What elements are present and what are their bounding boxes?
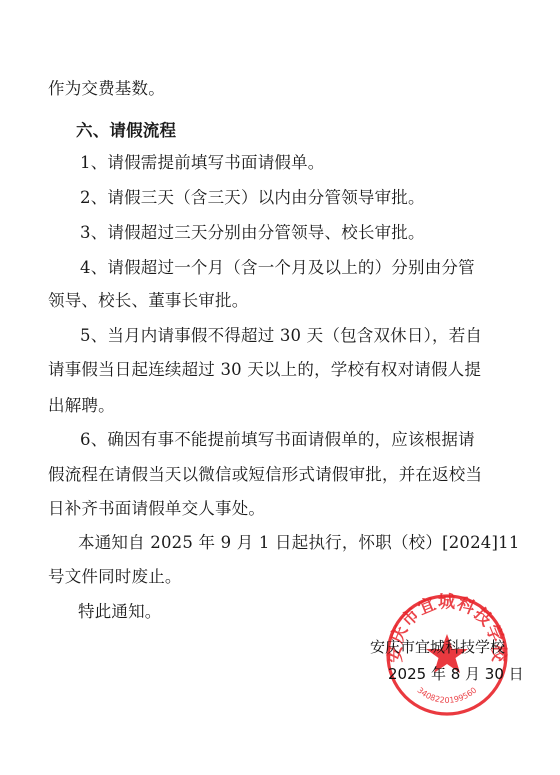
signature-date: 2025 年 8 月 30 日 bbox=[388, 665, 524, 683]
list-item: 4、请假超过一个月（含一个月及以上的）分别由分管 bbox=[80, 258, 475, 278]
list-item: 6、确因有事不能提前填写书面请假单的，应该根据请 bbox=[80, 430, 475, 450]
list-item: 3、请假超过三天分别由分管领导、校长审批。 bbox=[80, 223, 425, 243]
closing-line: 特此通知。 bbox=[78, 602, 162, 622]
section-heading: 六、请假流程 bbox=[76, 121, 176, 141]
signature-organization: 安庆市宜城科技学校 bbox=[370, 638, 505, 656]
list-item-continuation: 假流程在请假当天以微信或短信形式请假审批，并在返校当 bbox=[48, 465, 482, 485]
list-item: 5、当月内请事假不得超过 30 天（包含双休日），若自 bbox=[80, 326, 482, 346]
paragraph-line: 号文件同时废止。 bbox=[48, 567, 182, 587]
list-item: 2、请假三天（含三天）以内由分管领导审批。 bbox=[80, 188, 425, 208]
svg-text:3408220199560: 3408220199560 bbox=[416, 686, 479, 705]
paragraph-line: 作为交费基数。 bbox=[48, 79, 165, 99]
list-item: 1、请假需提前填写书面请假单。 bbox=[80, 153, 325, 173]
list-item-continuation: 日补齐书面请假单交人事处。 bbox=[48, 499, 265, 519]
list-item-continuation: 领导、校长、董事长审批。 bbox=[48, 291, 248, 311]
paragraph-line: 本通知自 2025 年 9 月 1 日起执行，怀职（校）[2024]11 bbox=[78, 533, 520, 553]
document-page: 作为交费基数。 六、请假流程 1、请假需提前填写书面请假单。 2、请假三天（含三… bbox=[0, 0, 560, 775]
list-item-continuation: 出解聘。 bbox=[48, 396, 115, 416]
list-item-continuation: 请事假当日起连续超过 30 天以上的，学校有权对请假人提 bbox=[48, 360, 481, 380]
